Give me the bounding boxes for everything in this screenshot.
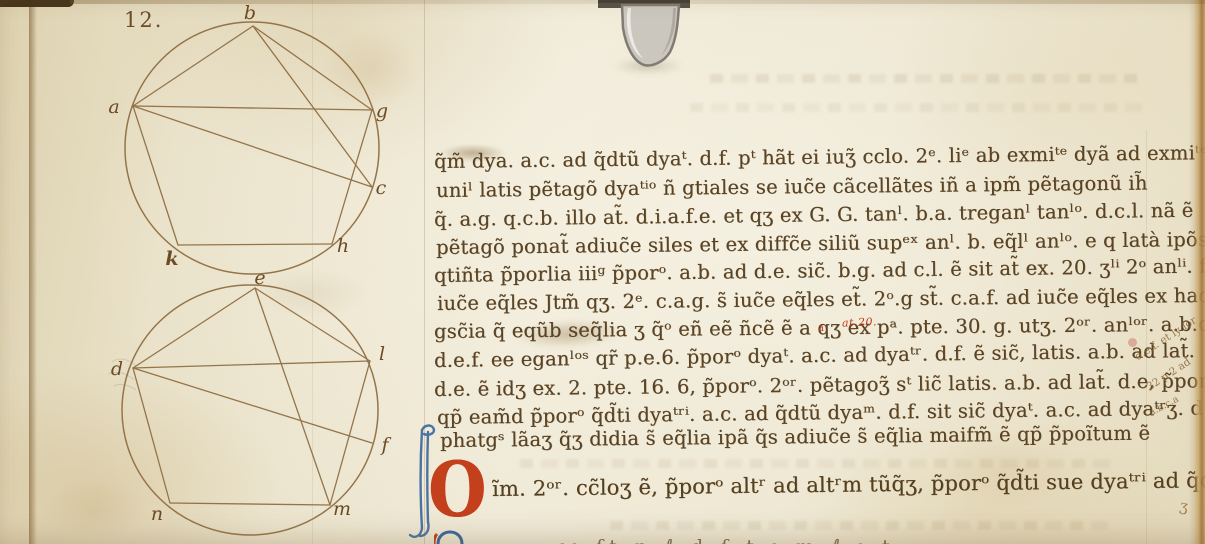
manuscript-line: q̃. a.g. q.c.b. illo at̃. d.i.a.f.e. et …	[434, 201, 1194, 230]
vertex-label-c: c	[376, 177, 387, 199]
bookmark-clasp	[593, 0, 701, 78]
chord-l-m	[330, 361, 370, 505]
manuscript-line: q̃m̃ dya. a.c. ad q̃dtũ dyaᵗ. d.f. pᵗ hã…	[434, 143, 1205, 171]
manuscript-line: pẽtagõ ponat̃ adiuc̃e siles et ex diffc̃…	[436, 230, 1205, 258]
manuscript-line: d.e.f. ee eganˡᵒˢ qr̃ p.e.6. p̃porᵒ dyaᵗ…	[434, 341, 1195, 370]
diagram-circle-pentagon-lower: e d l f m n	[90, 270, 410, 544]
bleed-through	[520, 459, 1110, 468]
partial-blue-initial	[434, 530, 468, 544]
vertex-label-d: d	[111, 358, 123, 380]
vertex-label-e: e	[254, 270, 265, 289]
red-initial-O: O	[428, 452, 486, 528]
bleed-through	[710, 74, 1140, 83]
red-marginal-correction: at.20.	[842, 315, 877, 329]
vertex-label-g: g	[376, 100, 388, 122]
vertex-label-a: a	[108, 96, 119, 118]
vertex-label-h: h	[337, 235, 349, 257]
chord-k-h	[178, 244, 332, 245]
chord-a-g	[133, 106, 372, 110]
chord-g-h	[332, 110, 372, 244]
manuscript-line: iuc̃e eq̃les Jtm̃ qʒ. 2ᵉ. c.a.g. s̃ iuc̃…	[437, 286, 1205, 314]
vertex-label-b: b	[244, 2, 256, 24]
manuscript-line: d.e. ẽ idʒ ex. 2. pte. 16. 6, p̃porᵒ. 2ᵒ…	[434, 371, 1205, 400]
top-edge-shading	[70, 0, 1205, 4]
chord-e-l	[255, 288, 370, 361]
bleed-through	[690, 103, 1150, 112]
next-line-partial: ıı ſt p ℓ d ſ t ı m ℓ ı t	[560, 536, 1150, 544]
dark-top-corner	[0, 0, 74, 7]
book-page-edges-left-shade	[29, 0, 37, 544]
chord-n-m	[170, 503, 330, 505]
chord-e-m	[255, 288, 330, 505]
diagram-circle-pentagon-upper: b a g c h k	[100, 2, 400, 280]
chord-b-g	[253, 26, 372, 110]
vertex-label-l: l	[379, 343, 385, 365]
manuscript-line-rubricated: ĩm. 2ᵒʳ. cc̃loʒ ẽ, p̃porᵒ altʳ ad altʳm …	[492, 470, 1205, 500]
red-superscript: a	[818, 323, 824, 334]
chord-d-e	[133, 288, 255, 368]
manuscript-line: uniˡ latis pẽtagõ dyaᵗⁱᵒ ñ gtiales se iu…	[436, 174, 1148, 201]
chord-a-b	[133, 26, 253, 106]
chord-d-n	[133, 368, 170, 503]
chord-d-l	[133, 361, 370, 368]
manuscript-line: qtiñta p̃porlia iiiᵍ p̃porᵒ. a.b. ad d.e…	[434, 256, 1205, 286]
bleed-through	[610, 521, 1110, 530]
chord-d-f	[133, 368, 372, 443]
vertex-label-m: m	[333, 498, 351, 520]
vertex-label-n: n	[151, 503, 163, 525]
manuscript-line: phatgˢ lãaʒ q̃ʒ didia s̃ eq̃lia ipã q̃s …	[440, 424, 1150, 451]
manuscript-page-photo: 12. b a g c h k	[0, 0, 1205, 544]
chord-a-c	[133, 106, 372, 187]
chord-a-k	[133, 106, 178, 245]
vertex-label-f: f	[379, 434, 391, 456]
vertex-label-k: k	[165, 248, 178, 270]
book-page-edge-right	[1189, 0, 1205, 544]
chord-b-c	[253, 26, 372, 187]
